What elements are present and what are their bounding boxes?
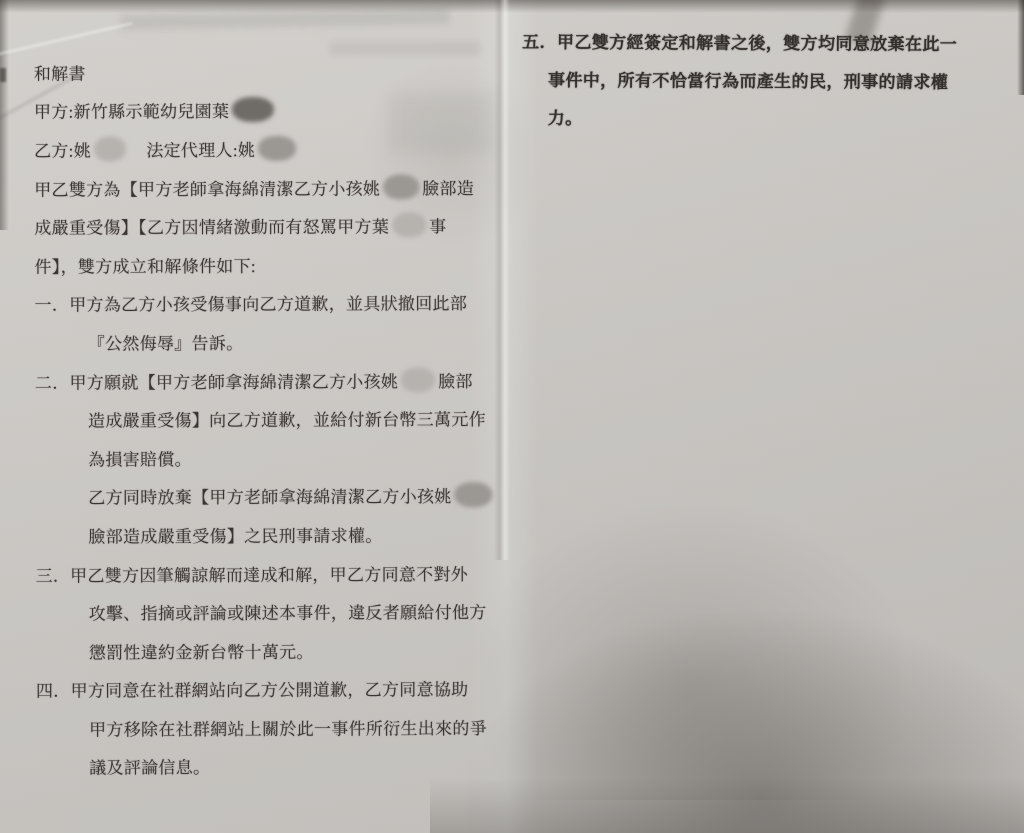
text-segment: 臉部造 [422,174,474,199]
text-line: 成嚴重受傷】【乙方因情緒激動而有怒罵甲方葉事 [0,205,503,245]
text-line: 甲方:新竹縣示範幼兒園葉 [0,90,503,130]
text-segment: 懲罰性違約金新台幣十萬元。 [89,637,314,663]
text-segment: 事件中，所有不恰當行為而產生的民，刑事的請求權 [548,65,948,92]
text-segment: 甲乙雙方為【甲方老師拿海綿清潔乙方小孩姚 [34,174,380,200]
text-line: 乙方:姚 法定代理人:姚 [0,128,503,168]
text-line: 『公然侮辱』告訴。 [0,321,504,361]
text-segment: 事 [429,212,446,237]
text-segment: 件】，雙方成立和解條件如下: [34,252,256,278]
text-segment: 一．甲方為乙方小孩受傷事向乙方道歉，並具狀撤回此部 [35,290,468,317]
paper-crease [0,22,132,55]
text-line: 甲乙雙方為【甲方老師拿海綿清潔乙方小孩姚臉部造 [0,167,503,207]
text-segment: 攻擊、指摘或評論或陳述本事件，違反者願給付他方 [89,598,487,624]
text-segment: 議及評論信息。 [89,754,210,779]
photo-shadow-bottom-center [480,420,900,800]
text-segment: 五．甲乙雙方經簽定和解書之後，雙方均同意放棄在此一 [522,27,957,54]
text-line: 甲方移除在社群網站上關於此一事件所衍生出來的爭 [1,707,505,747]
text-segment: 甲方:新竹縣示範幼兒園葉 [34,97,229,123]
text-line: 議及評論信息。 [1,746,505,786]
text-line: 一．甲方為乙方小孩受傷事向乙方道歉，並具狀撤回此部 [0,283,504,323]
text-segment: 成嚴重受傷】【乙方因情緒激動而有怒罵甲方葉 [34,213,389,239]
text-segment: 法定代理人:姚 [129,136,255,161]
text-line: 二．甲方願就【甲方老師拿海綿清潔乙方小孩姚臉部 [0,360,504,400]
text-line: 攻擊、指摘或評論或陳述本事件，違反者願給付他方 [1,591,505,631]
text-line: 力。 [512,97,1024,138]
redaction-blur [455,482,493,507]
text-segment: 三．甲乙雙方因筆觸諒解而達成和解，甲乙方同意不對外 [35,560,468,587]
redaction-blur [383,174,419,199]
redaction-blur [258,136,296,161]
text-line: 三．甲乙雙方因筆觸諒解而達成和解，甲乙方同意不對外 [0,553,504,593]
text-segment: 力。 [548,103,583,128]
text-line: 五．甲乙雙方經簽定和解書之後，雙方均同意放棄在此一 [512,21,1024,62]
photo-shadow-bottom-right [430,380,1024,833]
document-page-2: 五．甲乙雙方經簽定和解書之後，雙方均同意放棄在此一事件中，所有不恰當行為而產生的… [512,21,1024,138]
text-line: 四．甲方同意在社群網站向乙方公開道歉，乙方同意協助 [1,669,505,709]
text-segment: 甲方移除在社群網站上關於此一事件所衍生出來的爭 [89,714,487,740]
redaction-blur [232,97,274,122]
text-line: 和解書 [0,51,503,91]
redaction-blur [401,367,435,392]
text-line: 懲罰性違約金新台幣十萬元。 [1,630,505,670]
text-segment: 和解書 [34,59,86,84]
photo-of-document: 和解書甲方:新竹縣示範幼兒園葉乙方:姚 法定代理人:姚甲乙雙方為【甲方老師拿海綿… [0,0,1024,833]
text-segment: 臉部 [438,367,473,392]
text-segment: 造成嚴重受傷】向乙方道歉，並給付新台幣三萬元作 [88,405,486,431]
text-segment: 為損害賠償。 [88,445,192,470]
text-segment: 乙方:姚 [34,137,91,162]
text-line: 為損害賠償。 [0,437,504,477]
photo-shadow-bottom-edge [430,778,1024,833]
redaction-blur [94,136,126,161]
text-segment: 乙方同時放棄【甲方老師拿海綿清潔乙方小孩姚 [88,483,451,509]
photo-shadow-top [0,0,1024,13]
text-line: 造成嚴重受傷】向乙方道歉，並給付新台幣三萬元作 [0,398,504,438]
text-line: 件】，雙方成立和解條件如下: [0,244,504,284]
text-line: 臉部造成嚴重受傷】之民刑事請求權。 [0,514,504,554]
text-segment: 二．甲方願就【甲方老師拿海綿清潔乙方小孩姚 [35,367,398,393]
redaction-blur [392,213,426,238]
text-line: 乙方同時放棄【甲方老師拿海綿清潔乙方小孩姚 [0,476,504,516]
bleed-through-smudge [120,9,450,30]
text-segment: 『公然侮辱』告訴。 [88,329,244,355]
document-page-1: 和解書甲方:新竹縣示範幼兒園葉乙方:姚 法定代理人:姚甲乙雙方為【甲方老師拿海綿… [0,51,505,786]
text-segment: 臉部造成嚴重受傷】之民刑事請求權。 [88,521,382,547]
text-line: 事件中，所有不恰當行為而產生的民，刑事的請求權 [512,59,1024,100]
text-segment: 四．甲方同意在社群網站向乙方公開道歉，乙方同意協助 [36,676,469,703]
